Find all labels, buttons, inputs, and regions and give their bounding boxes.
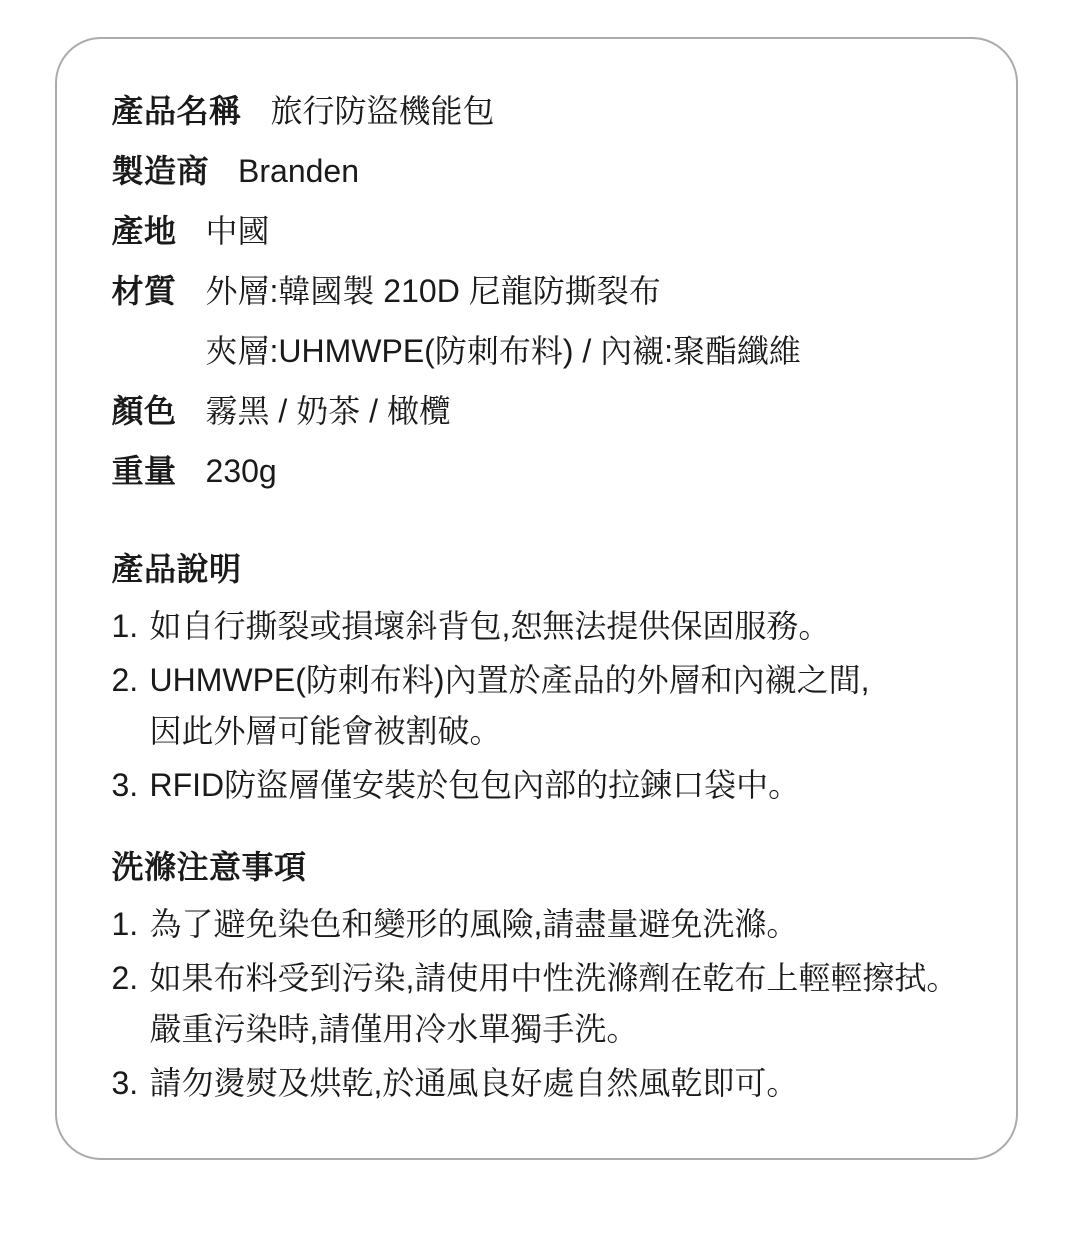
spec-value: 外層:韓國製 210D 尼龍防撕裂布 夾層:UHMWPE(防刺布料) / 內襯:…: [206, 261, 802, 381]
list-item-text: 如自行撕裂或損壞斜背包,恕無法提供保固服務。: [150, 601, 831, 652]
list-item: 3. RFID防盜層僅安裝於包包內部的拉鍊口袋中。: [112, 760, 990, 811]
list-item-text: 請勿燙熨及烘乾,於通風良好處自然風乾即可。: [150, 1058, 799, 1109]
spec-row-weight: 重量 230g: [112, 441, 990, 501]
list-item-text: RFID防盜層僅安裝於包包內部的拉鍊口袋中。: [150, 760, 801, 811]
list-item: 2. 如果布料受到污染,請使用中性洗滌劑在乾布上輕輕擦拭。 嚴重污染時,請僅用冷…: [112, 953, 990, 1055]
list-item-number: 3.: [112, 1058, 150, 1109]
section-washing-instructions: 洗滌注意事項 1. 為了避免染色和變形的風險,請盡量避免洗滌。 2. 如果布料受…: [112, 845, 990, 1109]
list-item-line: 請勿燙熨及烘乾,於通風良好處自然風乾即可。: [150, 1058, 799, 1109]
spec-row-color: 顏色 霧黑 / 奶茶 / 橄欖: [112, 381, 990, 441]
spec-value: 霧黑 / 奶茶 / 橄欖: [206, 381, 451, 441]
spec-row-manufacturer: 製造商 Branden: [112, 141, 990, 201]
list-item-number: 1.: [112, 899, 150, 950]
spec-value-line: 230g: [206, 441, 277, 501]
spec-row-material: 材質 外層:韓國製 210D 尼龍防撕裂布 夾層:UHMWPE(防刺布料) / …: [112, 261, 990, 381]
spec-row-product-name: 產品名稱 旅行防盜機能包: [112, 81, 990, 141]
list-item-number: 2.: [112, 953, 150, 1004]
section-title: 洗滌注意事項: [112, 845, 990, 889]
list-item-line: RFID防盜層僅安裝於包包內部的拉鍊口袋中。: [150, 760, 801, 811]
list-item-line: 如自行撕裂或損壞斜背包,恕無法提供保固服務。: [150, 601, 831, 652]
spec-list: 產品名稱 旅行防盜機能包 製造商 Branden 產地 中國 材質 外層:韓國製…: [112, 81, 990, 501]
list-item-number: 2.: [112, 655, 150, 706]
section-title: 產品說明: [112, 547, 990, 591]
product-spec-card: 產品名稱 旅行防盜機能包 製造商 Branden 產地 中國 材質 外層:韓國製…: [55, 37, 1018, 1160]
list-item-text: 為了避免染色和變形的風險,請盡量避免洗滌。: [150, 899, 799, 950]
list-item-line: 因此外層可能會被割破。: [150, 706, 870, 757]
list-item-text: UHMWPE(防刺布料)內置於產品的外層和內襯之間, 因此外層可能會被割破。: [150, 655, 870, 757]
section-product-description: 產品說明 1. 如自行撕裂或損壞斜背包,恕無法提供保固服務。 2. UHMWPE…: [112, 547, 990, 811]
spec-value-line: 霧黑 / 奶茶 / 橄欖: [206, 381, 451, 441]
spec-value-line: Branden: [238, 141, 359, 201]
list-item: 2. UHMWPE(防刺布料)內置於產品的外層和內襯之間, 因此外層可能會被割破…: [112, 655, 990, 757]
spec-value: Branden: [238, 141, 359, 201]
list-item-number: 3.: [112, 760, 150, 811]
spec-value: 中國: [206, 201, 270, 261]
spec-label: 材質: [112, 261, 177, 321]
list-item-line: 如果布料受到污染,請使用中性洗滌劑在乾布上輕輕擦拭。: [150, 953, 959, 1004]
list-item: 1. 為了避免染色和變形的風險,請盡量避免洗滌。: [112, 899, 990, 950]
spec-label: 顏色: [112, 381, 177, 441]
list-item-line: 為了避免染色和變形的風險,請盡量避免洗滌。: [150, 899, 799, 950]
spec-value-line: 夾層:UHMWPE(防刺布料) / 內襯:聚酯纖維: [206, 321, 802, 381]
spec-value-line: 中國: [206, 201, 270, 261]
spec-value-line: 外層:韓國製 210D 尼龍防撕裂布: [206, 261, 802, 321]
list-item: 3. 請勿燙熨及烘乾,於通風良好處自然風乾即可。: [112, 1058, 990, 1109]
spec-label: 製造商: [112, 141, 210, 201]
list-item: 1. 如自行撕裂或損壞斜背包,恕無法提供保固服務。: [112, 601, 990, 652]
spec-value: 旅行防盜機能包: [271, 81, 495, 141]
list-item-text: 如果布料受到污染,請使用中性洗滌劑在乾布上輕輕擦拭。 嚴重污染時,請僅用冷水單獨…: [150, 953, 959, 1055]
spec-row-origin: 產地 中國: [112, 201, 990, 261]
spec-label: 產品名稱: [112, 81, 242, 141]
list-item-line: 嚴重污染時,請僅用冷水單獨手洗。: [150, 1004, 959, 1055]
spec-value-line: 旅行防盜機能包: [271, 81, 495, 141]
spec-value: 230g: [206, 441, 277, 501]
spec-label: 重量: [112, 441, 177, 501]
list-item-line: UHMWPE(防刺布料)內置於產品的外層和內襯之間,: [150, 655, 870, 706]
spec-label: 產地: [112, 201, 177, 261]
list-item-number: 1.: [112, 601, 150, 652]
